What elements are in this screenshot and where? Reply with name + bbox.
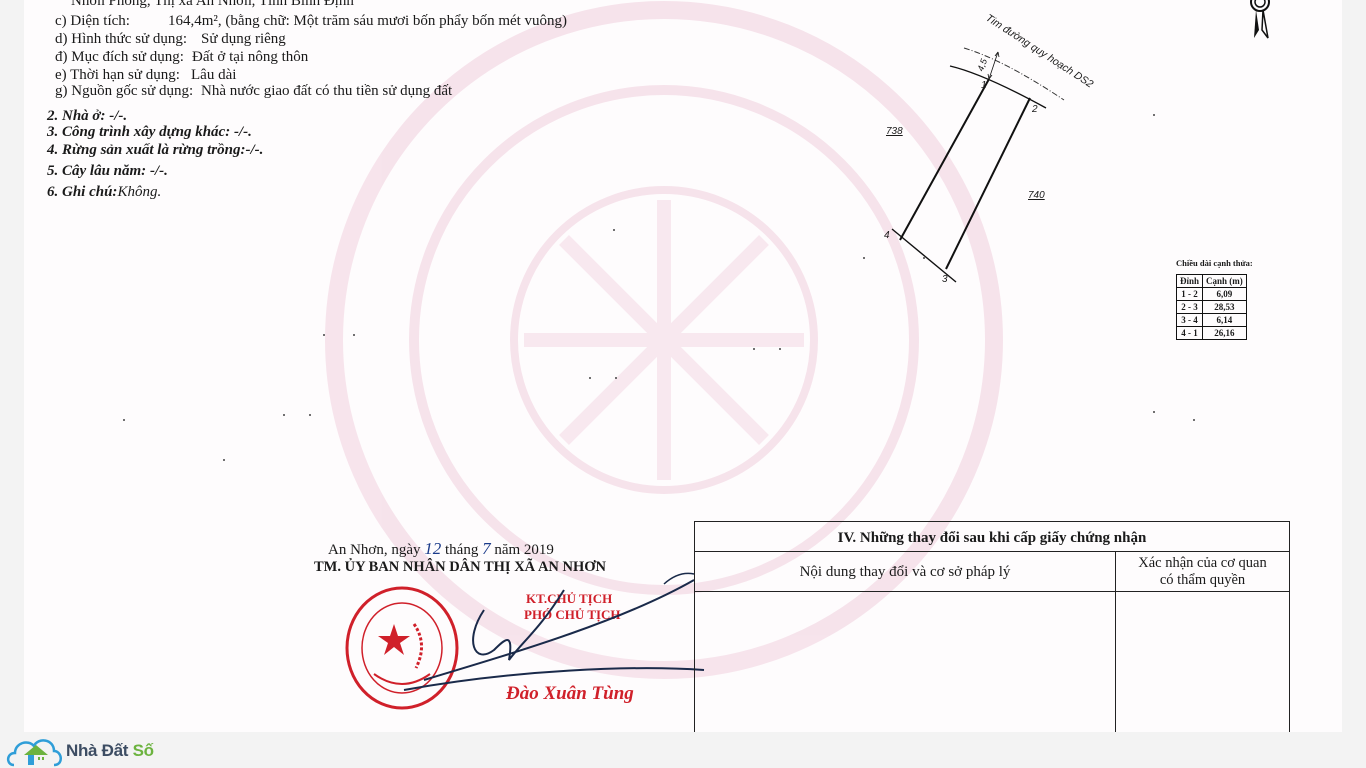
brand-logo[interactable]: Nhà Đất Số	[6, 736, 154, 766]
date-year: năm 2019	[494, 542, 554, 558]
table-row: 1 - 26,09	[1177, 288, 1247, 301]
rosette-badge-icon	[1246, 0, 1286, 44]
section-note-label: 6. Ghi chú:	[47, 184, 117, 200]
edge-length: 26,16	[1203, 327, 1247, 340]
section-note: 6. Ghi chú:Không.	[47, 185, 161, 200]
field-usage-form-value: Sử dụng riêng	[201, 32, 286, 47]
section-perennial-value: -/-.	[150, 163, 168, 179]
edge-header-vertex: Đỉnh	[1177, 275, 1203, 288]
table-row: 2 - 328,53	[1177, 301, 1247, 314]
confirmation-line-2: có thẩm quyền	[1116, 572, 1289, 589]
vertex-1: 1	[981, 80, 987, 91]
field-origin-label: g) Nguồn gốc sử dụng:	[55, 84, 201, 99]
vertex-3: 3	[942, 274, 948, 285]
changes-table-title: IV. Những thay đổi sau khi cấp giấy chứn…	[695, 522, 1289, 552]
parcel-diagram: Tim đường quy hoạch DS2 4,5 1 2 3 4 738 …	[864, 30, 1124, 300]
edge-table: Đỉnh Cạnh (m) 1 - 26,09 2 - 328,53 3 - 4…	[1176, 274, 1247, 340]
brand-name-accent: Số	[133, 741, 154, 760]
date-day: 12	[424, 539, 441, 558]
date-month-label: tháng	[445, 542, 478, 558]
brand-name: Nhà Đất Số	[66, 741, 154, 761]
section-house-value: -/-.	[109, 108, 127, 124]
field-purpose-label: đ) Mục đích sử dụng:	[55, 50, 192, 65]
edge-header-length: Cạnh (m)	[1203, 275, 1247, 288]
edge-length: 6,09	[1203, 288, 1247, 301]
field-purpose-value: Đất ở tại nông thôn	[192, 50, 308, 65]
edge-vertex: 3 - 4	[1177, 314, 1203, 327]
section-house: 2. Nhà ở: -/-.	[47, 109, 127, 124]
section-forest: 4. Rừng sản xuất là rừng trồng:-/-.	[47, 143, 263, 158]
neighbor-parcel-740: 740	[1028, 190, 1045, 201]
edge-length: 28,53	[1203, 301, 1247, 314]
section-house-label: 2. Nhà ở:	[47, 108, 105, 124]
section-other-works: 3. Công trình xây dựng khác: -/-.	[47, 125, 252, 140]
section-other-works-value: -/-.	[234, 124, 252, 140]
edge-length-table: Chiều dài cạnh thửa: Đỉnh Cạnh (m) 1 - 2…	[1176, 258, 1253, 340]
section-forest-value: -/-.	[245, 142, 263, 158]
changes-column-content: Nội dung thay đổi và cơ sở pháp lý	[695, 552, 1116, 591]
date-place: An Nhơn, ngày	[328, 542, 421, 558]
changes-table: IV. Những thay đổi sau khi cấp giấy chứn…	[694, 521, 1290, 732]
address-line: Nhơn Phong, Thị xã An Nhơn, Tỉnh Bình Đị…	[71, 0, 354, 9]
date-month: 7	[482, 539, 491, 558]
edge-table-title: Chiều dài cạnh thửa:	[1176, 258, 1253, 268]
cloud-house-logo-icon	[6, 735, 64, 767]
field-usage-form-label: d) Hình thức sử dụng:	[55, 32, 201, 47]
section-other-works-label: 3. Công trình xây dựng khác:	[47, 124, 230, 140]
signer-name: Đào Xuân Tùng	[506, 684, 634, 703]
section-forest-label: 4. Rừng sản xuất là rừng trồng:	[47, 142, 245, 158]
section-perennial-label: 5. Cây lâu năm:	[47, 163, 146, 179]
right-gutter	[1342, 0, 1366, 732]
field-term-label: e) Thời hạn sử dụng:	[55, 68, 191, 83]
field-origin-value: Nhà nước giao đất có thu tiền sử dụng đấ…	[201, 84, 452, 99]
issue-date: An Nhơn, ngày 12 tháng 7 năm 2019	[328, 540, 554, 558]
vertex-4: 4	[884, 230, 890, 241]
confirmation-line-1: Xác nhận của cơ quan	[1116, 555, 1289, 572]
field-usage-form: d) Hình thức sử dụng:Sử dụng riêng	[55, 32, 286, 47]
edge-vertex: 1 - 2	[1177, 288, 1203, 301]
field-area-value: 164,4m², (bằng chữ: Một trăm sáu mươi bố…	[168, 14, 567, 29]
field-purpose: đ) Mục đích sử dụng:Đất ở tại nông thôn	[55, 50, 308, 65]
section-perennial: 5. Cây lâu năm: -/-.	[47, 164, 168, 179]
edge-vertex: 4 - 1	[1177, 327, 1203, 340]
field-term: e) Thời hạn sử dụng:Lâu dài	[55, 68, 236, 83]
field-origin: g) Nguồn gốc sử dụng:Nhà nước giao đất c…	[55, 84, 452, 99]
brand-name-main: Nhà Đất	[66, 741, 128, 760]
parcel-outline-icon	[864, 30, 1124, 300]
edge-vertex: 2 - 3	[1177, 301, 1203, 314]
certificate-page: Nhơn Phong, Thị xã An Nhơn, Tỉnh Bình Đị…	[24, 0, 1342, 732]
changes-column-confirmation: Xác nhận của cơ quan có thẩm quyền	[1116, 552, 1289, 591]
field-area-label: c) Diện tích:	[55, 14, 168, 29]
table-row: 3 - 46,14	[1177, 314, 1247, 327]
field-term-value: Lâu dài	[191, 68, 236, 83]
vertex-2: 2	[1032, 104, 1038, 115]
field-area: c) Diện tích:164,4m², (bằng chữ: Một tră…	[55, 14, 567, 29]
edge-length: 6,14	[1203, 314, 1247, 327]
table-row: 4 - 126,16	[1177, 327, 1247, 340]
section-note-value: Không.	[117, 184, 161, 200]
changes-confirmation-cell	[1116, 592, 1289, 732]
neighbor-parcel-738: 738	[886, 126, 903, 137]
changes-content-cell	[695, 592, 1116, 732]
